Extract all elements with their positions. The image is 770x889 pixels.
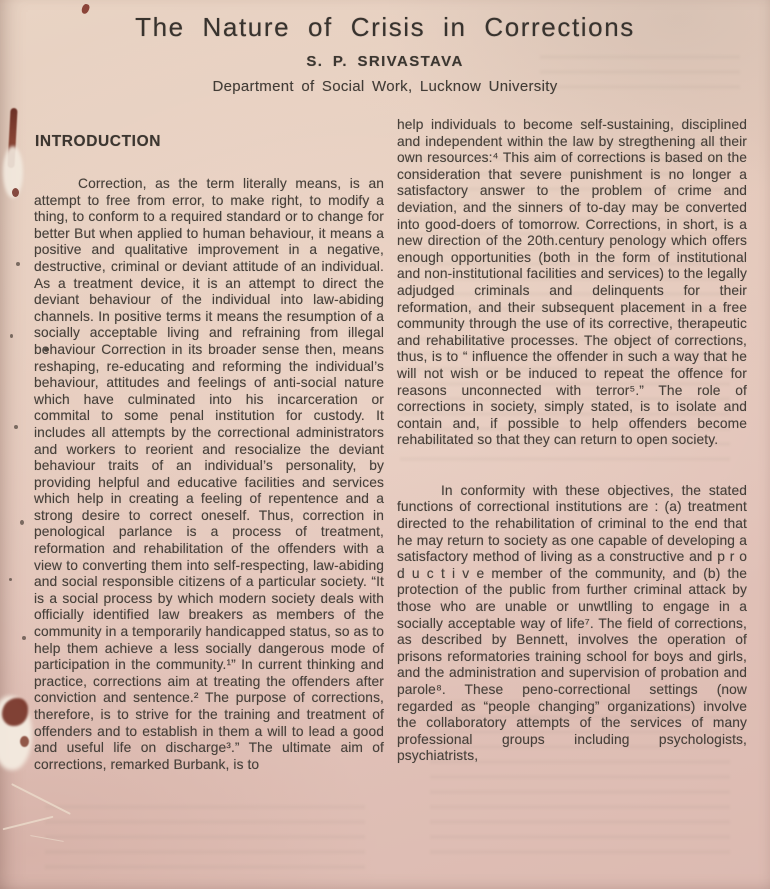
author-name: S. P. SRIVASTAVA <box>0 53 770 70</box>
article-title: The Nature of Crisis in Corrections <box>0 12 770 43</box>
paragraph: help individuals to become self-sustaini… <box>397 117 747 449</box>
left-column: INTRODUCTION Correction, as the term lit… <box>34 117 384 773</box>
paragraph: Correction, as the term literally means,… <box>34 176 384 773</box>
scratch-mark <box>11 783 71 815</box>
paragraph: In conformity with these objectives, the… <box>397 483 747 765</box>
bleedthrough-patch <box>45 805 365 880</box>
title-block: The Nature of Crisis in Corrections S. P… <box>0 0 770 95</box>
right-column: help individuals to become self-sustaini… <box>397 117 747 773</box>
section-heading: INTRODUCTION <box>35 133 384 151</box>
author-affiliation: Department of Social Work, Lucknow Unive… <box>0 78 770 95</box>
scanned-page: The Nature of Crisis in Corrections S. P… <box>0 0 770 889</box>
article-body: INTRODUCTION Correction, as the term lit… <box>0 117 770 773</box>
